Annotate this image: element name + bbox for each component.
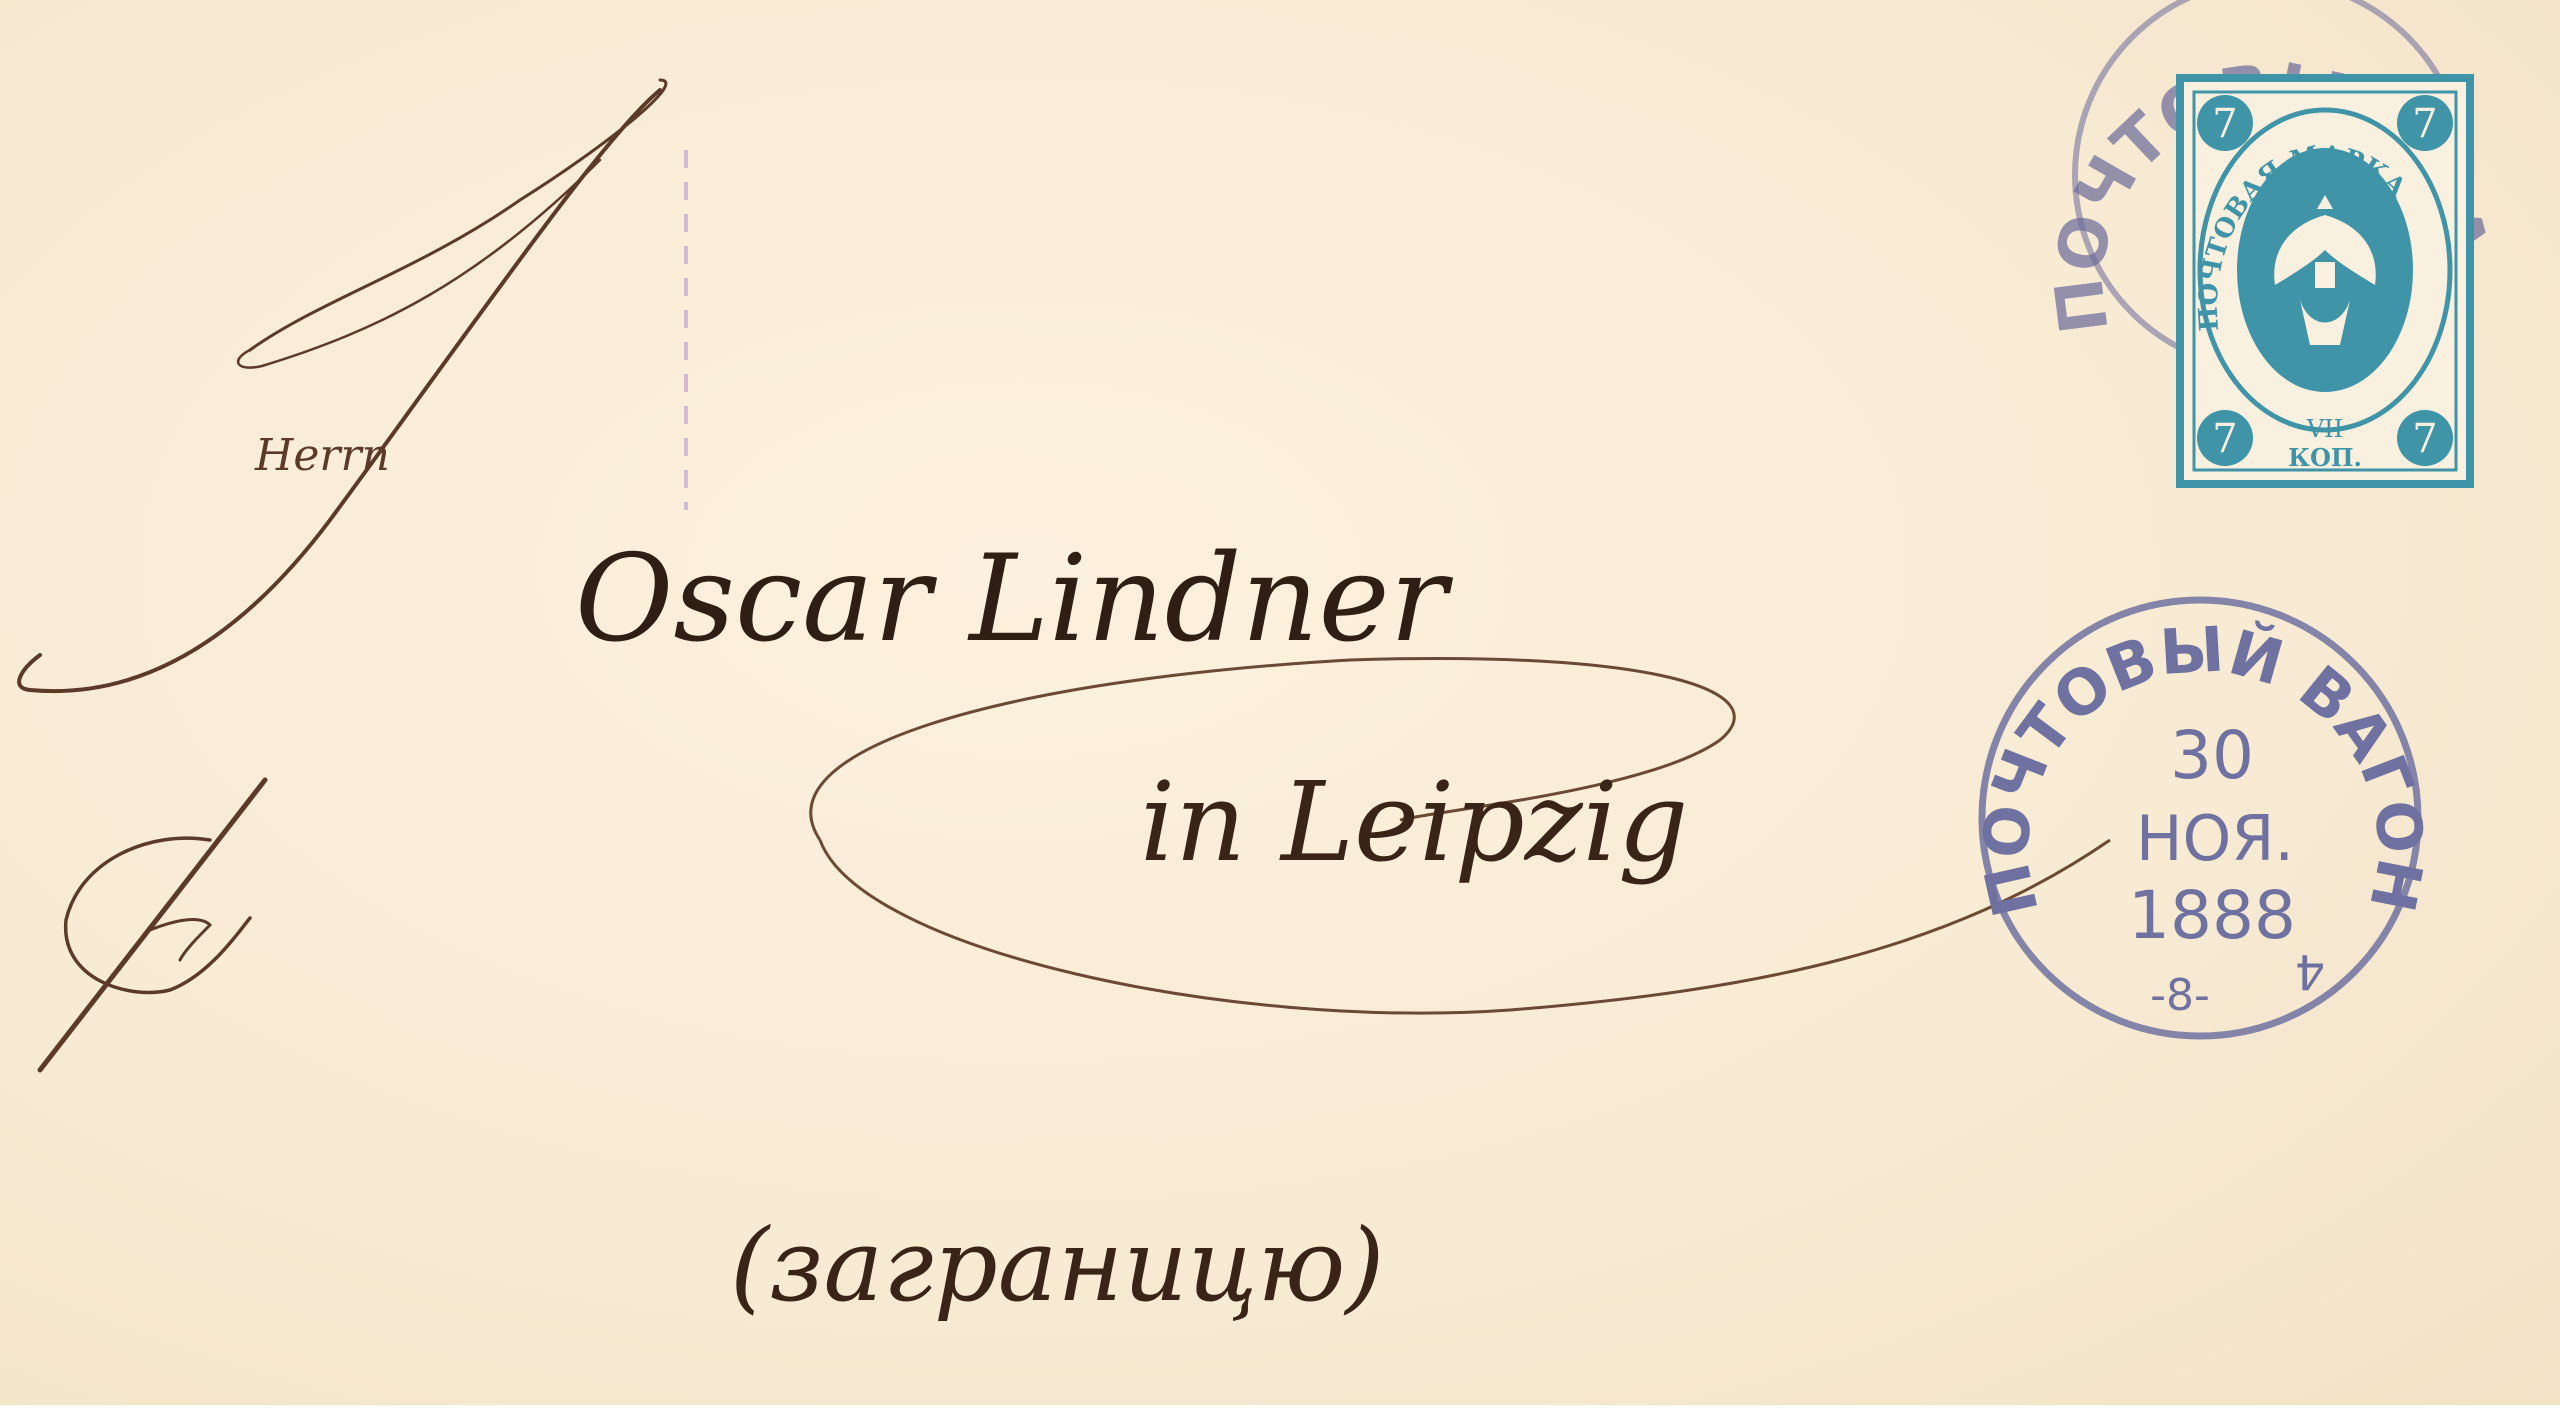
envelope-drawing: Herrn Oscar Lindner in Leipzig (заграниц… xyxy=(0,0,2560,1425)
franco-mark xyxy=(40,780,265,1070)
postmark-top-text: ПОЧТОВЫЙ ВАГОНЪ № xyxy=(0,0,2503,338)
herrn-flourish xyxy=(19,80,666,691)
postmark-year: 1888 xyxy=(2128,877,2296,954)
postmark-train: 4 xyxy=(2295,943,2326,999)
postmark-top: ПОЧТОВЫЙ ВАГОНЪ № xyxy=(0,0,2503,370)
stamp-denomination: КОП. xyxy=(2288,443,2362,472)
stamp-value-tr: 7 xyxy=(2412,101,2437,147)
svg-text:ПОЧТОВЫЙ ВАГОНЪ №: ПОЧТОВЫЙ ВАГОНЪ № xyxy=(0,0,2503,338)
city-line: in Leipzig xyxy=(1140,758,1688,886)
postage-stamp: 7 7 7 7 ПОЧТОВАЯ МАРКА VII КОП. xyxy=(2180,78,2470,484)
postmark-number: -8- xyxy=(2150,970,2210,1021)
stamp-value-tl: 7 xyxy=(2212,101,2237,147)
addressee-name: Oscar Lindner xyxy=(575,530,1454,669)
postmark-month: НОЯ. xyxy=(2136,802,2294,875)
stamp-value-br: 7 xyxy=(2412,416,2437,462)
postmark-day: 30 xyxy=(2170,717,2254,794)
stamp-value-bl: 7 xyxy=(2212,416,2237,462)
stamp-roman-value: VII xyxy=(2306,415,2343,443)
country-note: (заграницю) xyxy=(730,1207,1384,1324)
salutation-text: Herrn xyxy=(254,430,390,481)
